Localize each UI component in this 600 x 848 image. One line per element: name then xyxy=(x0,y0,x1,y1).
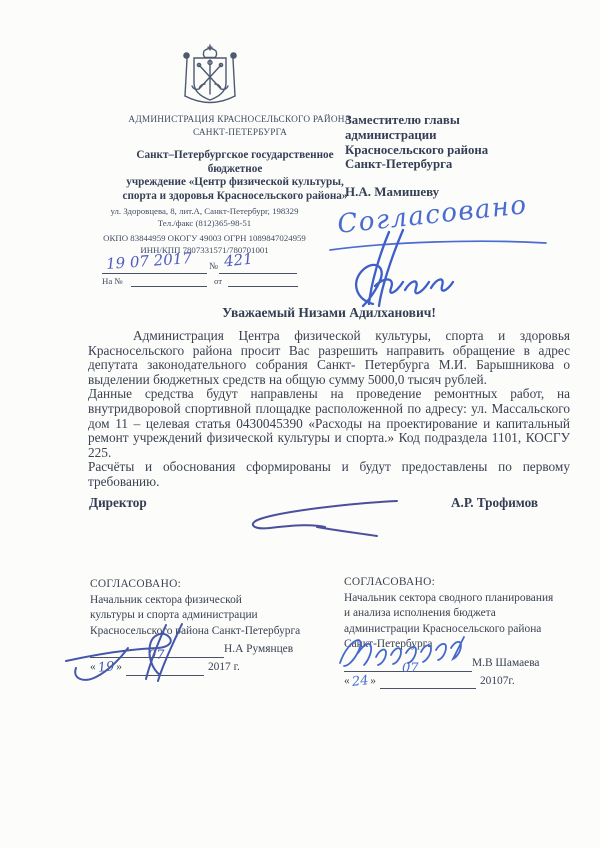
body-paragraph-3: Расчёты и обоснования сформированы и буд… xyxy=(88,460,570,489)
scanned-letter-page: АДМИНИСТРАЦИЯ КРАСНОСЕЛЬСКОГО РАЙОНА САН… xyxy=(0,0,600,848)
approval-right-signature-stroke xyxy=(336,635,476,669)
letter-body: Администрация Центра физической культуры… xyxy=(88,329,570,490)
approval-right-quote-close: » xyxy=(370,674,376,690)
saint-petersburg-coat-of-arms-icon xyxy=(181,44,239,108)
recipient-block: Заместителю главы администрации Красносе… xyxy=(345,113,488,172)
deputy-head-signature-stroke xyxy=(345,228,475,308)
director-signature-stroke xyxy=(245,496,400,541)
recipient-line4: Санкт-Петербурга xyxy=(345,157,488,172)
approval-block-right: СОГЛАСОВАНО: Начальник сектора сводного … xyxy=(344,575,599,689)
number-sign: № xyxy=(209,262,218,272)
director-title: Директор xyxy=(89,495,147,511)
approval-left-line1: Начальник сектора физической xyxy=(90,593,352,609)
institution-line2: бюджетное xyxy=(85,163,385,177)
approval-right-day-handwritten: 24 xyxy=(351,673,369,690)
ref-number-line xyxy=(131,286,207,287)
recipient-name: Н.А. Мамишеву xyxy=(345,185,439,200)
letterhead-address-block: ул. Здоровцева, 8, лит.А, Санкт-Петербур… xyxy=(92,206,317,229)
approval-left-header: СОГЛАСОВАНО: xyxy=(90,577,352,593)
recipient-line3: Красносельского района xyxy=(345,143,488,158)
institution-line3: учреждение «Центр физической культуры, xyxy=(85,176,385,190)
ref-na-label: На № xyxy=(102,276,123,286)
phone-line: Тел./факс (812)365-98-51 xyxy=(92,218,317,230)
outgoing-date-line xyxy=(102,273,207,274)
recipient-line1: Заместителю главы xyxy=(345,113,488,128)
okpo-ogrn-line: ОКПО 83844959 ОКОГУ 49003 ОГРН 108984702… xyxy=(92,233,317,245)
greeting-line: Уважаемый Низами Адилханович! xyxy=(88,305,570,321)
approval-right-name: М.В Шамаева xyxy=(472,656,540,672)
outgoing-number-handwritten: 421 xyxy=(223,250,253,271)
ref-ot-label: от xyxy=(214,276,222,286)
letterhead-org-block: АДМИНИСТРАЦИЯ КРАСНОСЕЛЬСКОГО РАЙОНА САН… xyxy=(95,114,385,139)
recipient-line2: администрации xyxy=(345,128,488,143)
approval-right-month-line: 07 xyxy=(380,675,476,689)
approval-block-left: СОГЛАСОВАНО: Начальник сектора физическо… xyxy=(90,577,352,676)
org-name-line1: АДМИНИСТРАЦИЯ КРАСНОСЕЛЬСКОГО РАЙОНА xyxy=(95,114,385,127)
org-name-line2: САНКТ-ПЕТЕРБУРГА xyxy=(95,127,385,140)
approval-right-line2: и анализа исполнения бюджета xyxy=(344,606,599,622)
approval-right-quote-open: « xyxy=(344,674,350,690)
body-paragraph-2: Данные средства будут направлены на пров… xyxy=(88,387,570,460)
approval-right-line1: Начальник сектора сводного планирования xyxy=(344,591,599,607)
approval-right-year: 20107г. xyxy=(480,674,515,690)
ref-date-line xyxy=(228,286,298,287)
institution-line1: Санкт–Петербургское государственное xyxy=(85,149,385,163)
letterhead-institution-block: Санкт–Петербургское государственное бюдж… xyxy=(85,149,385,203)
approval-left-signature-stroke xyxy=(62,621,252,683)
approval-right-header: СОГЛАСОВАНО: xyxy=(344,575,599,591)
address-line: ул. Здоровцева, 8, лит.А, Санкт-Петербур… xyxy=(92,206,317,218)
institution-line4: спорта и здоровья Красносельского района… xyxy=(85,190,385,204)
body-paragraph-1: Администрация Центра физической культуры… xyxy=(88,329,570,387)
outgoing-number-line xyxy=(219,273,297,274)
